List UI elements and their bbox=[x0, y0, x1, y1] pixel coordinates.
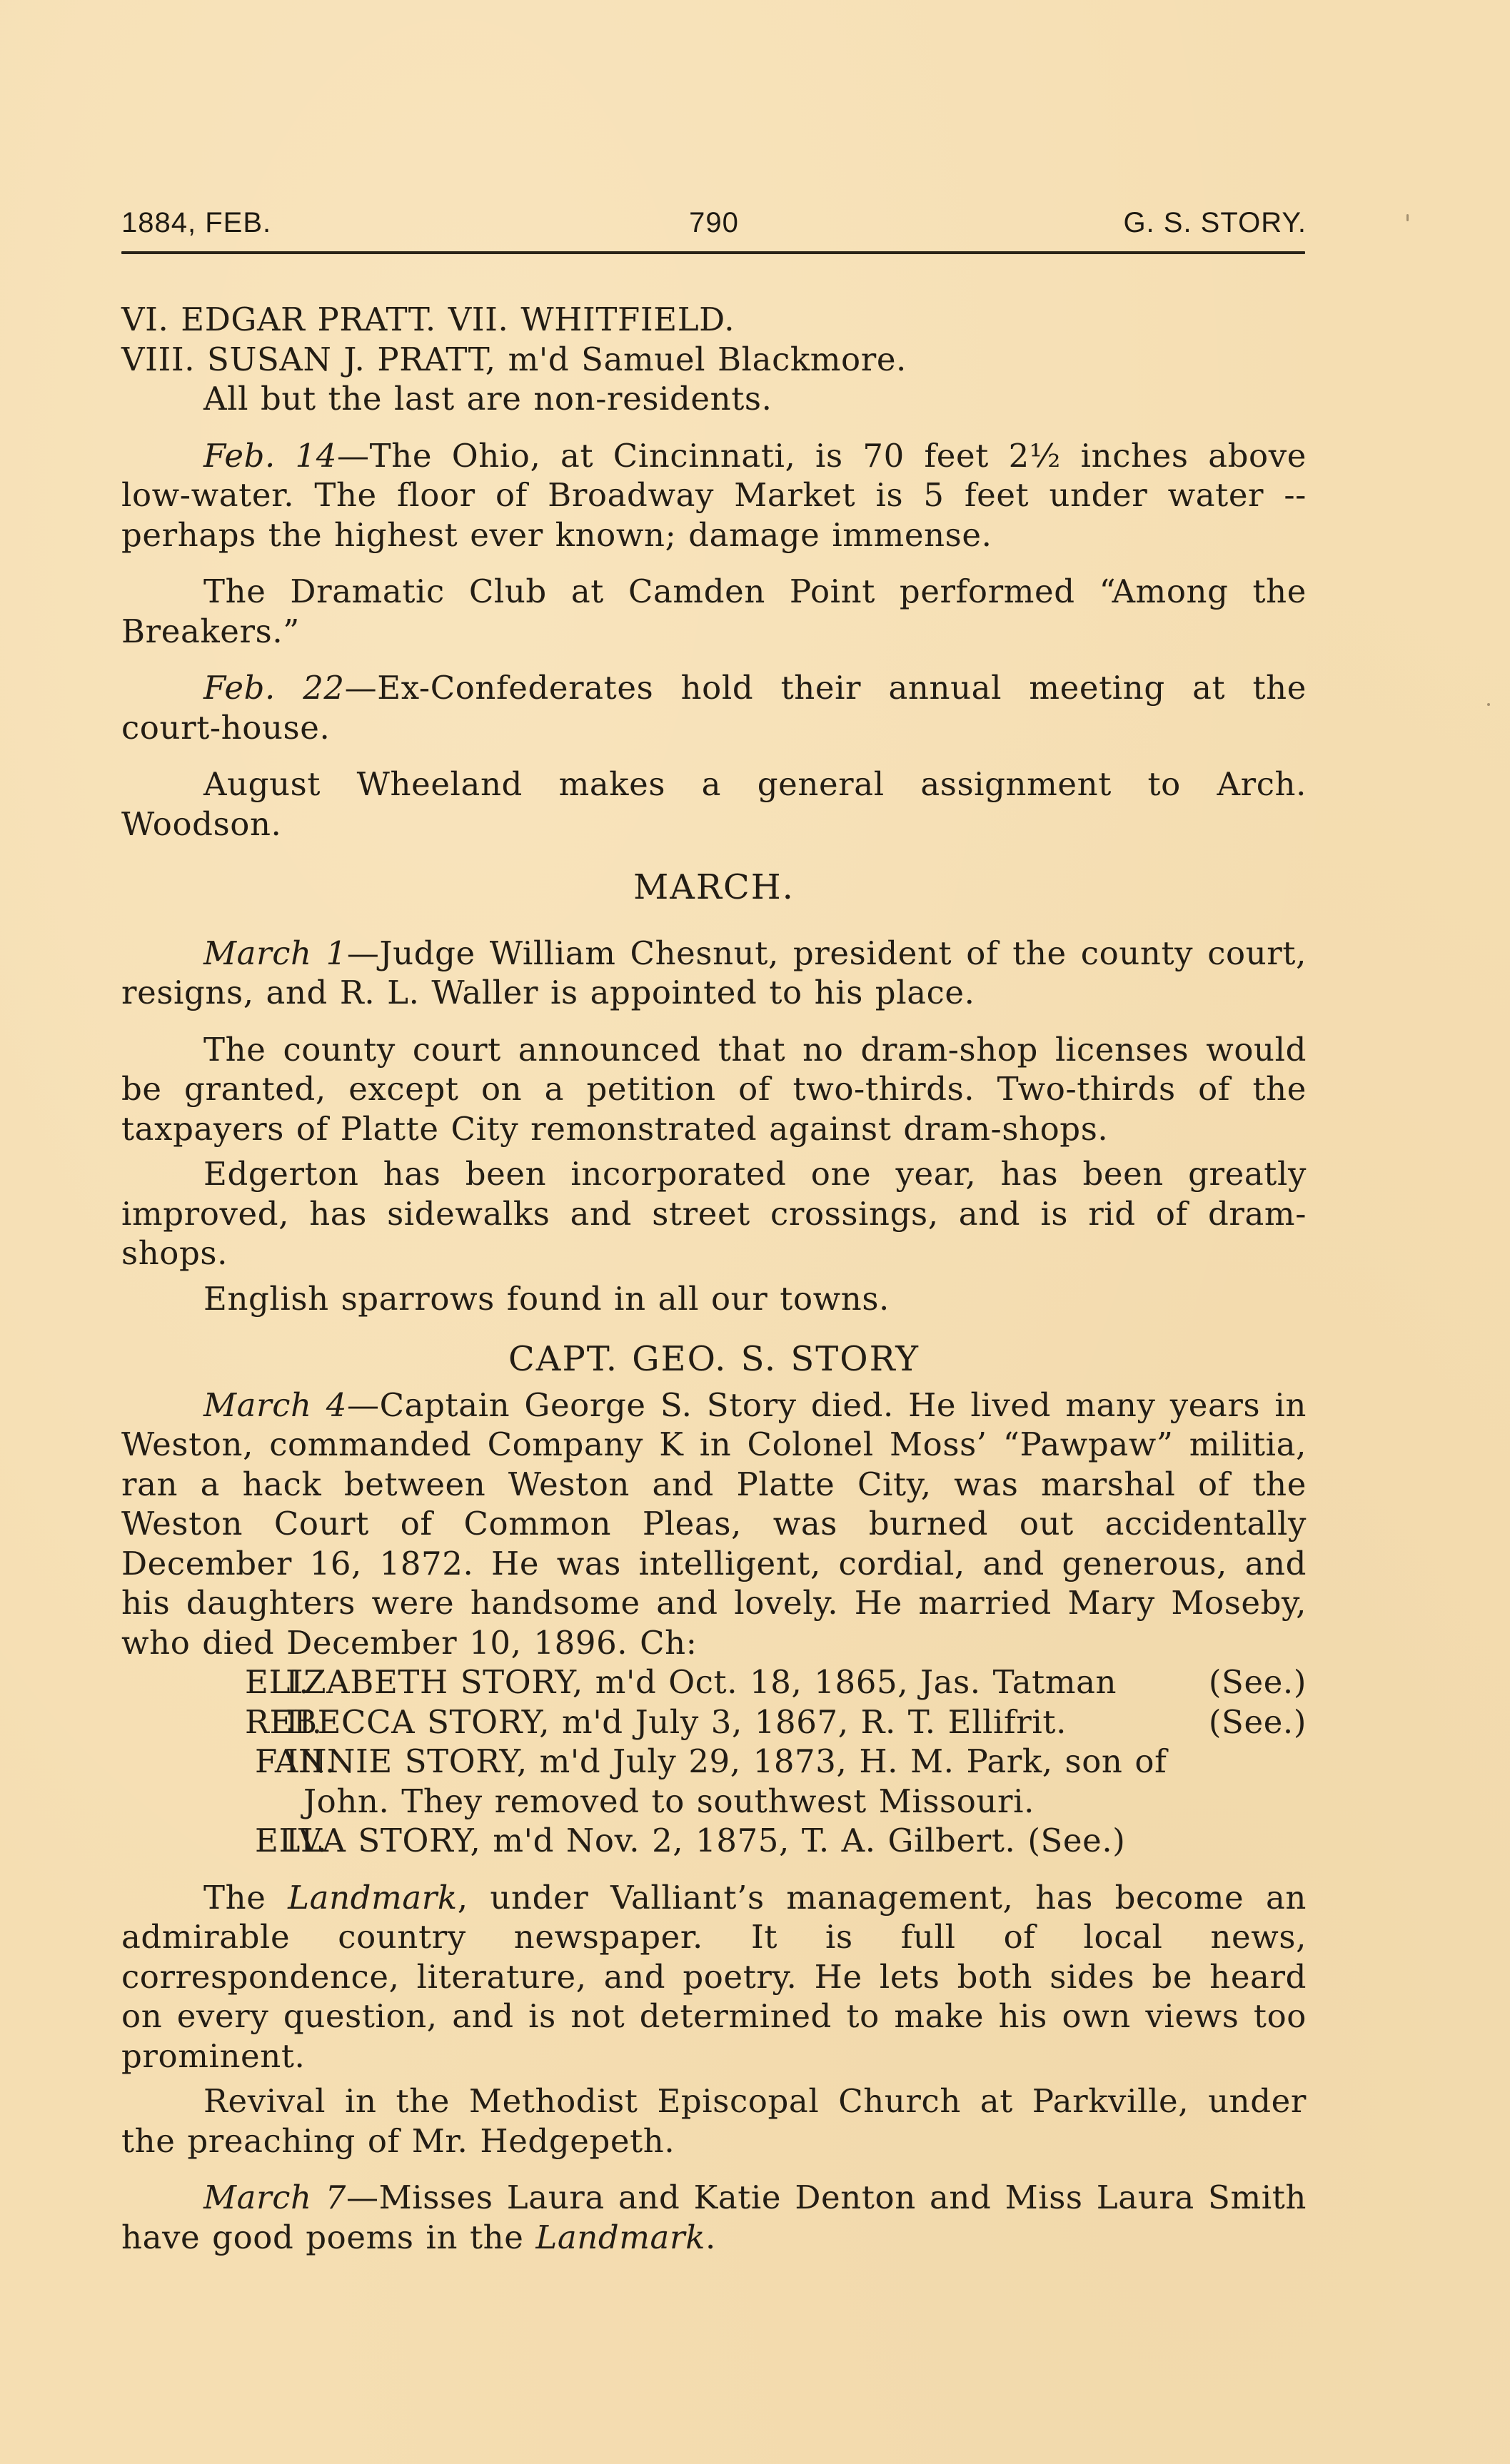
newspaper-title: Landmark bbox=[535, 2218, 705, 2256]
child-entry: I.ELIZABETH STORY, m'd Oct. 18, 1865, Ja… bbox=[121, 1662, 1307, 1702]
newspaper-title: Landmark bbox=[288, 1879, 458, 1917]
paragraph-march-1: March 1—Judge William Chesnut, president… bbox=[121, 934, 1307, 1013]
paragraph-landmark: The Landmark, under Valliant’s managemen… bbox=[121, 1878, 1307, 2076]
paragraph-revival: Revival in the Methodist Episcopal Churc… bbox=[121, 2081, 1307, 2161]
paragraph-nonresidents: All but the last are non-residents. bbox=[121, 379, 1307, 419]
child-entry: II.REBECCA STORY, m'd July 3, 1867, R. T… bbox=[121, 1702, 1307, 1742]
entry-date: Feb. 14 bbox=[203, 437, 337, 475]
child-list-line: VI. EDGAR PRATT. VII. WHITFIELD. bbox=[121, 300, 1307, 340]
section-heading-story: CAPT. GEO. S. STORY bbox=[121, 1340, 1307, 1380]
entry-date: March 7 bbox=[203, 2178, 346, 2216]
see-reference: (See.) bbox=[1127, 1702, 1307, 1742]
child-list-line: VIII. SUSAN J. PRATT, m'd Samuel Blackmo… bbox=[121, 340, 1307, 380]
entry-date: March 4 bbox=[203, 1386, 347, 1424]
paragraph-march-4: March 4—Captain George S. Story died. He… bbox=[121, 1385, 1307, 1663]
page-body: VI. EDGAR PRATT. VII. WHITFIELD. VIII. S… bbox=[121, 300, 1307, 2257]
paragraph-dram-shop: The county court announced that no dram-… bbox=[121, 1030, 1307, 1149]
running-head-subject: G. S. STORY. bbox=[1123, 207, 1307, 239]
header-rule-divider bbox=[121, 251, 1305, 254]
running-head: 1884, FEB. 790 G. S. STORY. bbox=[121, 207, 1307, 243]
paper-speck bbox=[1406, 214, 1409, 221]
paragraph-dramatic-club: The Dramatic Club at Camden Point perfor… bbox=[121, 572, 1307, 651]
paragraph-edgerton: Edgerton has been incorporated one year,… bbox=[121, 1154, 1307, 1273]
child-entry: IV.ELLA STORY, m'd Nov. 2, 1875, T. A. G… bbox=[121, 1821, 1307, 1861]
entry-date: Feb. 22 bbox=[203, 669, 345, 707]
paper-speck bbox=[1487, 703, 1490, 706]
paragraph-feb-22: Feb. 22—Ex-Confederates hold their annua… bbox=[121, 668, 1307, 747]
paragraph-march-7: March 7—Misses Laura and Katie Denton an… bbox=[121, 2178, 1307, 2257]
child-entry-continuation: John. They removed to southwest Missouri… bbox=[121, 1782, 1307, 1822]
paragraph-feb-14: Feb. 14—The Ohio, at Cincinnati, is 70 f… bbox=[121, 436, 1307, 555]
child-entry: III.FANNIE STORY, m'd July 29, 1873, H. … bbox=[121, 1742, 1307, 1782]
section-heading-march: MARCH. bbox=[121, 868, 1307, 908]
entry-date: March 1 bbox=[203, 934, 347, 972]
paragraph-wheeland: August Wheeland makes a general assignme… bbox=[121, 764, 1307, 844]
paragraph-sparrows: English sparrows found in all our towns. bbox=[121, 1279, 1307, 1319]
see-reference: (See.) bbox=[1127, 1662, 1307, 1702]
